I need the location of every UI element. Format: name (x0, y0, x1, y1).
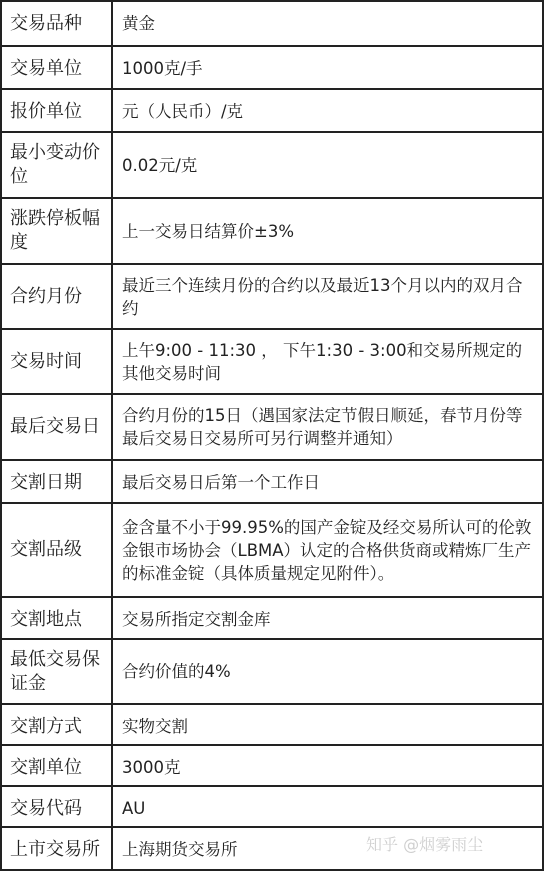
row-label: 涨跌停板幅度 (1, 198, 112, 264)
table-row: 交割品级金含量不小于99.95%的国产金锭及经交易所认可的伦敦金银市场协会（LB… (1, 503, 543, 597)
row-label: 交易单位 (1, 46, 112, 89)
row-value: 黄金 (112, 1, 543, 46)
table-row: 最低交易保证金合约价值的4% (1, 639, 543, 704)
table-row: 交割单位3000克 (1, 745, 543, 786)
row-label: 最后交易日 (1, 394, 112, 460)
row-label: 交易品种 (1, 1, 112, 46)
row-label: 报价单位 (1, 89, 112, 132)
row-label: 交割品级 (1, 503, 112, 597)
row-label: 交割日期 (1, 460, 112, 503)
row-label: 上市交易所 (1, 827, 112, 870)
table-row: 报价单位元（人民币）/克 (1, 89, 543, 132)
row-label: 合约月份 (1, 264, 112, 329)
row-value: 交易所指定交割金库 (112, 597, 543, 639)
row-label: 交易代码 (1, 786, 112, 827)
watermark: 知乎 @烟雾雨尘 (366, 832, 483, 855)
table-row: 交割地点交易所指定交割金库 (1, 597, 543, 639)
row-label: 最低交易保证金 (1, 639, 112, 704)
table-row: 交易时间上午9:00 - 11:30 ， 下午1:30 - 3:00和交易所规定… (1, 329, 543, 394)
row-value: 上午9:00 - 11:30 ， 下午1:30 - 3:00和交易所规定的其他交… (112, 329, 543, 394)
row-label: 交割单位 (1, 745, 112, 786)
table-row: 最后交易日合约月份的15日（遇国家法定节假日顺延，春节月份等最后交易日交易所可另… (1, 394, 543, 460)
table-row: 合约月份最近三个连续月份的合约以及最近13个月以内的双月合约 (1, 264, 543, 329)
row-value: 上一交易日结算价±3% (112, 198, 543, 264)
row-value: 最近三个连续月份的合约以及最近13个月以内的双月合约 (112, 264, 543, 329)
table-row: 最小变动价位0.02元/克 (1, 132, 543, 198)
table-row: 交割日期最后交易日后第一个工作日 (1, 460, 543, 503)
row-value: 最后交易日后第一个工作日 (112, 460, 543, 503)
row-value: 实物交割 (112, 704, 543, 745)
table-row: 涨跌停板幅度上一交易日结算价±3% (1, 198, 543, 264)
row-value: 合约月份的15日（遇国家法定节假日顺延，春节月份等最后交易日交易所可另行调整并通… (112, 394, 543, 460)
row-value: 3000克 (112, 745, 543, 786)
row-value: 0.02元/克 (112, 132, 543, 198)
row-label: 最小变动价位 (1, 132, 112, 198)
row-value: AU (112, 786, 543, 827)
row-value: 1000克/手 (112, 46, 543, 89)
row-value: 金含量不小于99.95%的国产金锭及经交易所认可的伦敦金银市场协会（LBMA）认… (112, 503, 543, 597)
row-value: 合约价值的4% (112, 639, 543, 704)
table-row: 交易单位1000克/手 (1, 46, 543, 89)
row-label: 交割地点 (1, 597, 112, 639)
gold-futures-spec-table: 交易品种黄金交易单位1000克/手报价单位元（人民币）/克最小变动价位0.02元… (0, 0, 544, 871)
table-row: 交易品种黄金 (1, 1, 543, 46)
row-label: 交割方式 (1, 704, 112, 745)
row-label: 交易时间 (1, 329, 112, 394)
row-value: 元（人民币）/克 (112, 89, 543, 132)
table-row: 交易代码AU (1, 786, 543, 827)
table-row: 交割方式实物交割 (1, 704, 543, 745)
